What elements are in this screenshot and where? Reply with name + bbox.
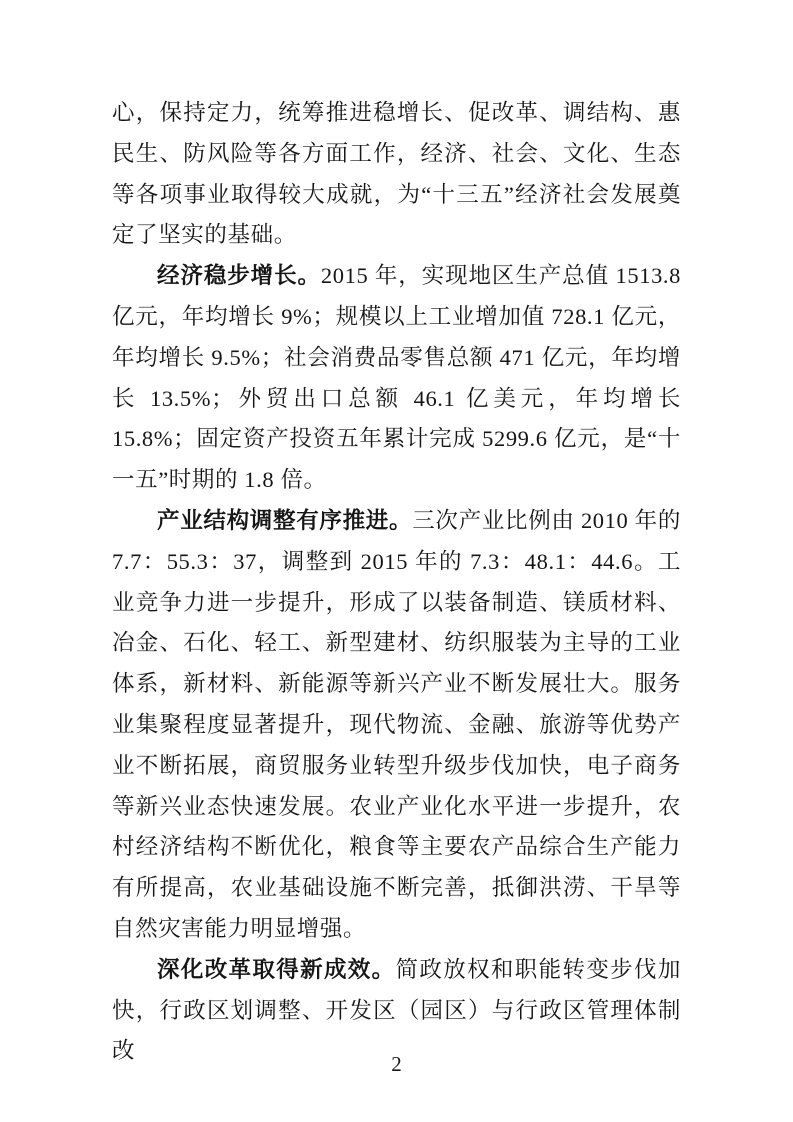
paragraph-economy: 经济稳步增长。2015 年，实现地区生产总值 1513.8 亿元，年均增长 9%… xyxy=(112,256,681,501)
paragraph-lead: 经济稳步增长。 xyxy=(157,263,321,288)
page-number: 2 xyxy=(0,1052,793,1077)
paragraph-lead: 产业结构调整有序推进。 xyxy=(157,508,412,533)
document-body: 心，保持定力，统筹推进稳增长、促改革、调结构、惠民生、防风险等各方面工作，经济、… xyxy=(112,93,681,1072)
paragraph-text: 心，保持定力，统筹推进稳增长、促改革、调结构、惠民生、防风险等各方面工作，经济、… xyxy=(112,100,681,247)
paragraph-industry-structure: 产业结构调整有序推进。三次产业比例由 2010 年的 7.7：55.3：37，调… xyxy=(112,501,681,950)
paragraph-text: 2015 年，实现地区生产总值 1513.8 亿元，年均增长 9%；规模以上工业… xyxy=(112,263,681,492)
paragraph-lead: 深化改革取得新成效。 xyxy=(157,957,396,982)
paragraph-text: 三次产业比例由 2010 年的 7.7：55.3：37，调整到 2015 年的 … xyxy=(112,508,681,941)
paragraph-continuation: 心，保持定力，统筹推进稳增长、促改革、调结构、惠民生、防风险等各方面工作，经济、… xyxy=(112,93,681,256)
document-page: 心，保持定力，统筹推进稳增长、促改革、调结构、惠民生、防风险等各方面工作，经济、… xyxy=(0,0,793,1122)
